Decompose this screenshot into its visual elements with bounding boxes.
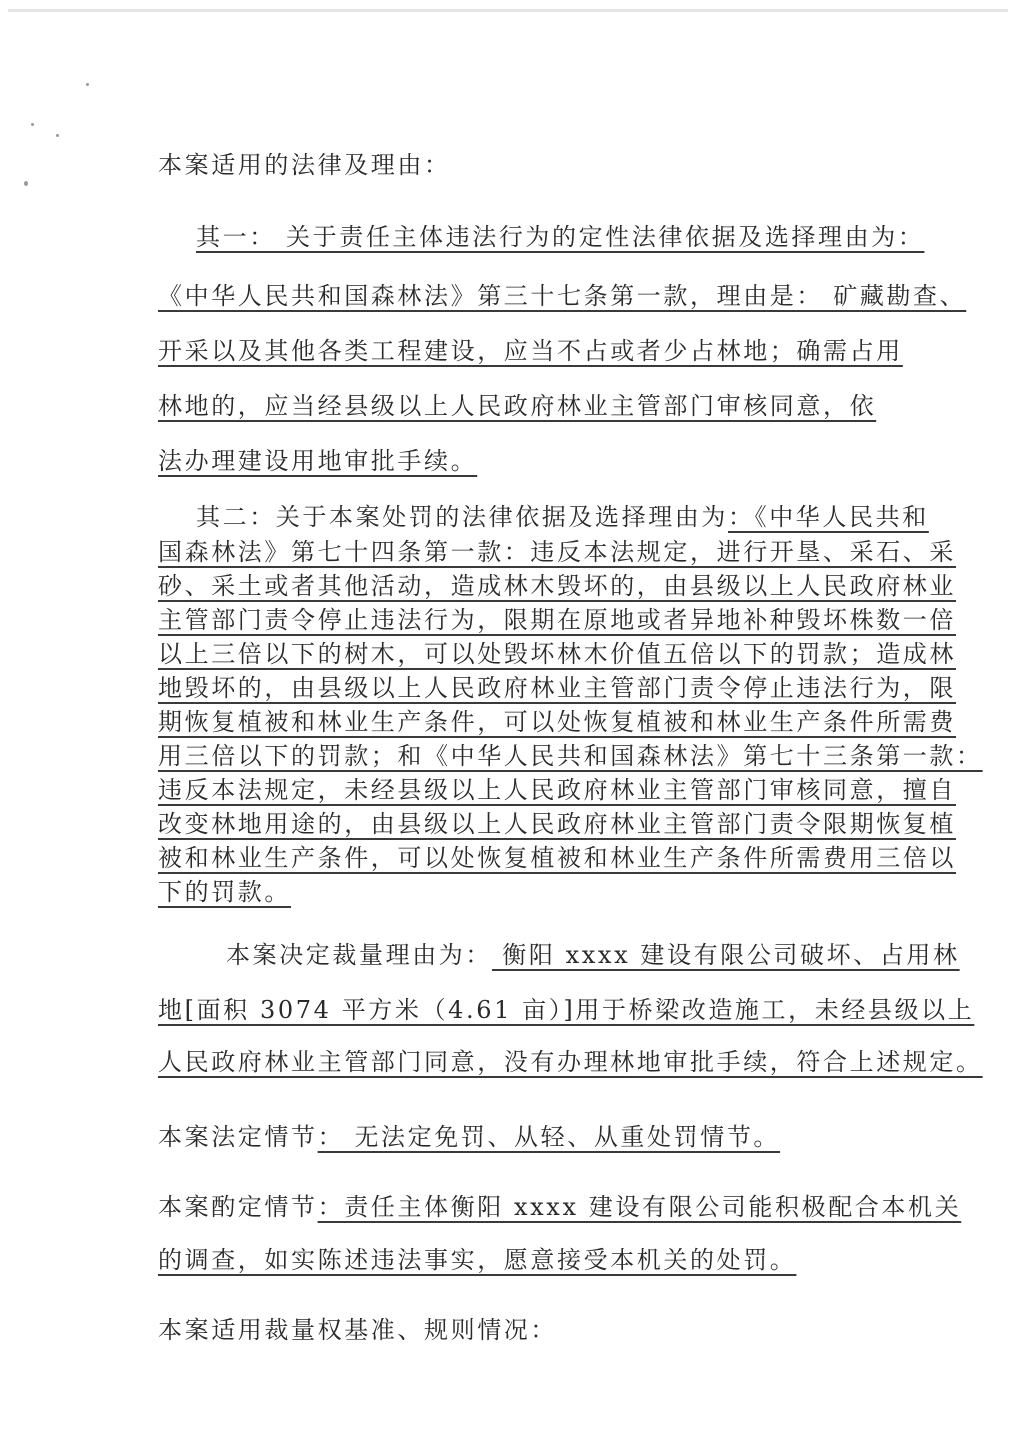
scan-speck [24, 181, 28, 186]
discretion-reason: 本案决定裁量理由为： 衡阳 xxxx 建设有限公司破坏、占用林 [226, 940, 960, 970]
section2-line: 违反本法规定，未经县级以上人民政府林业主管部门审核同意，擅自 [158, 775, 866, 805]
discretionary-circumstances-line: 的调查，如实陈述违法事实，愿意接受本机关的处罚。 [158, 1245, 816, 1275]
section2-line: 改变林地用途的，由县级以上人民政府林业主管部门责令限期恢复植 [158, 809, 866, 839]
section2-line: 用三倍以下的罚款；和《中华人民共和国森林法》第七十三条第一款： [158, 741, 866, 771]
section2-line: 砂、采土或者其他活动，造成林木毁坏的，由县级以上人民政府林业 [158, 571, 866, 601]
discretion-reason-label: 本案决定裁量理由为： [226, 941, 492, 969]
section2-line: 国森林法》第七十四条第一款：违反本法规定，进行开垦、采石、采 [158, 537, 866, 567]
scan-speck [56, 134, 59, 137]
section2-line: 期恢复植被和林业生产条件，可以处恢复植被和林业生产条件所需费 [158, 707, 866, 737]
section2-lead-underlined: ：《中华人民共和 [728, 503, 929, 531]
section2-line: 被和林业生产条件，可以处恢复植被和林业生产条件所需费用三倍以 [158, 843, 866, 873]
section2-line: 以上三倍以下的树木，可以处毁坏林木价值五倍以下的罚款；造成林 [158, 639, 866, 669]
discretion-reason-text: 衡阳 xxxx 建设有限公司破坏、占用林 [492, 941, 960, 969]
section2-line: 下的罚款。 [158, 877, 291, 907]
scan-speck [31, 123, 34, 126]
scan-speck [86, 83, 89, 86]
section1-line: 其一： 关于责任主体违法行为的定性法律依据及选择理由为： [196, 222, 924, 252]
statutory-circumstances-value: ： 无法定免罚、从轻、从重处罚情节。 [318, 1123, 780, 1151]
discretionary-circumstances-text: ：责任主体衡阳 xxxx 建设有限公司能积极配合本机关 [318, 1193, 962, 1221]
statutory-circumstances: 本案法定情节： 无法定免罚、从轻、从重处罚情节。 [158, 1122, 780, 1152]
discretion-reason-line: 地[面积 3074 平方米（4.61 亩）]用于桥梁改造施工，未经县级以上 [158, 995, 866, 1025]
heading-applicable-laws: 本案适用的法律及理由： [158, 150, 451, 180]
section1-line: 林地的，应当经县级以上人民政府林业主管部门审核同意，依 [158, 391, 866, 421]
section2-lead-text: 其二：关于本案处罚的法律依据及选择理由为 [196, 503, 728, 531]
section2-line: 主管部门责令停止违法行为，限期在原地或者异地补种毁坏株数一倍 [158, 605, 866, 635]
discretionary-circumstances-label: 本案酌定情节 [158, 1193, 318, 1221]
discretionary-circumstances: 本案酌定情节：责任主体衡阳 xxxx 建设有限公司能积极配合本机关 [158, 1192, 961, 1222]
section1-line: 《中华人民共和国森林法》第三十七条第一款，理由是： 矿藏勘查、 [158, 281, 866, 311]
section2-lead: 其二：关于本案处罚的法律依据及选择理由为：《中华人民共和 [196, 502, 929, 532]
section1-line: 开采以及其他各类工程建设，应当不占或者少占林地；确需占用 [158, 336, 866, 366]
scan-edge-line [8, 9, 1008, 12]
section1-line: 法办理建设用地审批手续。 [158, 446, 517, 476]
section2-line: 地毁坏的，由县级以上人民政府林业主管部门责令停止违法行为，限 [158, 673, 866, 703]
statutory-circumstances-label: 本案法定情节 [158, 1123, 318, 1151]
discretion-benchmark-heading: 本案适用裁量权基准、规则情况： [158, 1315, 557, 1345]
discretion-reason-line: 人民政府林业主管部门同意，没有办理林地审批手续，符合上述规定。 [158, 1047, 866, 1077]
